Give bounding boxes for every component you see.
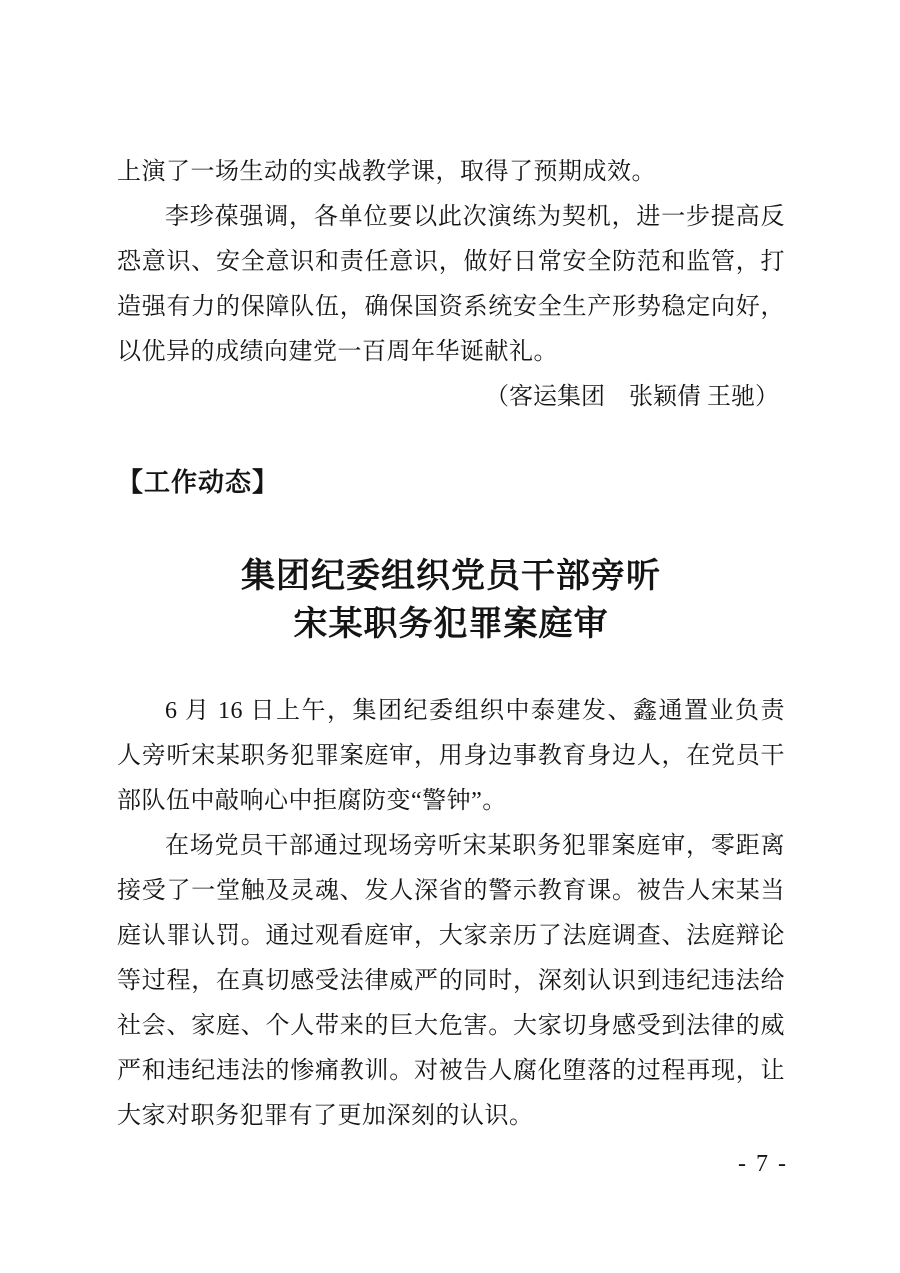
article1-byline: （客运集团 张颖倩 王驰） (117, 375, 785, 420)
article2-title-line1: 集团纪委组织党员干部旁听 (241, 558, 661, 595)
article2-paragraph: 6 月 16 日上午，集团纪委组织中泰建发、鑫通置业负责人旁听宋某职务犯罪案庭审… (117, 689, 785, 824)
article1-paragraph-continuation: 上演了一场生动的实战教学课，取得了预期成效。 (117, 150, 785, 195)
article2-paragraph: 在场党员干部通过现场旁听宋某职务犯罪案庭审，零距离接受了一堂触及灵魂、发人深省的… (117, 824, 785, 1139)
document-page: 上演了一场生动的实战教学课，取得了预期成效。 李珍葆强调，各单位要以此次演练为契… (0, 0, 900, 1273)
page-number: - 7 - (738, 1148, 788, 1180)
section-header-work-updates: 【工作动态】 (117, 467, 785, 499)
page-content: 上演了一场生动的实战教学课，取得了预期成效。 李珍葆强调，各单位要以此次演练为契… (117, 150, 785, 1139)
article1-paragraph: 李珍葆强调，各单位要以此次演练为契机，进一步提高反恐意识、安全意识和责任意识，做… (117, 195, 785, 375)
article2-title-line2: 宋某职务犯罪案庭审 (294, 606, 609, 643)
article2-title: 集团纪委组织党员干部旁听 宋某职务犯罪案庭审 (117, 553, 785, 649)
